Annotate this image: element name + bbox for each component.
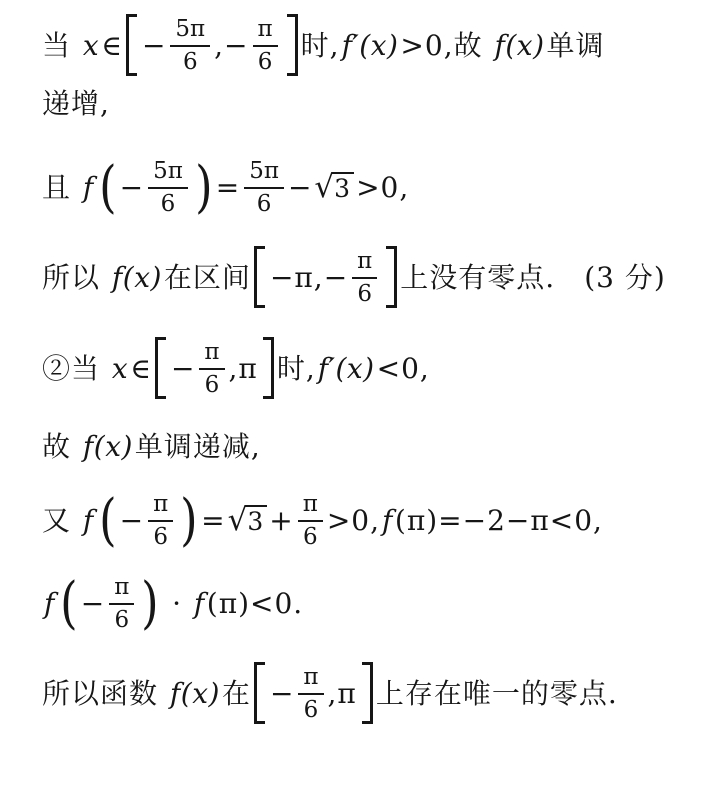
line-decreasing: 故 f(x)单调递减, xyxy=(42,429,717,464)
right-bracket-icon xyxy=(287,14,298,76)
text-run: 故 xyxy=(42,429,81,464)
math-variable: x xyxy=(81,28,101,63)
text-run: · xyxy=(162,586,192,621)
line-value-at-minus-5pi-6: 且 f(−5π6)=5π6−√3>0, xyxy=(42,159,717,216)
left-bracket-icon xyxy=(254,662,265,724)
text-run: ,π xyxy=(229,351,258,386)
text-run: >0, xyxy=(356,170,409,205)
math-variable: f(x) xyxy=(81,429,135,464)
right-paren-icon: ) xyxy=(141,577,160,630)
fraction-denominator: 6 xyxy=(205,370,220,397)
text-run: − xyxy=(120,170,144,205)
math-variable: f(x) xyxy=(110,260,164,295)
fraction-denominator: 6 xyxy=(303,522,318,549)
text-run: ∈ xyxy=(130,351,152,386)
text-run: ,π xyxy=(328,676,357,711)
fraction-denominator: 6 xyxy=(257,189,272,216)
math-fraction: 5π6 xyxy=(244,159,284,216)
text-run: − xyxy=(270,676,294,711)
text-run: 所以函数 xyxy=(42,676,168,711)
fraction-denominator: 6 xyxy=(161,189,176,216)
math-variable: x xyxy=(110,351,130,386)
right-bracket-icon xyxy=(362,662,373,724)
fraction-denominator: 6 xyxy=(357,279,372,306)
right-bracket-icon xyxy=(386,246,397,308)
text-run: − xyxy=(81,586,105,621)
math-variable: f′(x) xyxy=(316,351,377,386)
fraction-denominator: 6 xyxy=(304,695,319,722)
line-endpoint-values: 又 f(−π6)=√3+π6>0,f(π)=−2−π<0, xyxy=(42,492,717,549)
math-variable: f′(x) xyxy=(340,28,401,63)
math-variable: f xyxy=(192,586,207,621)
line-unique-zero-conclusion: 所以函数 f(x)在−π6,π上存在唯一的零点. xyxy=(42,662,717,724)
fraction-numerator: 5π xyxy=(148,159,188,189)
text-run: 上存在唯一的零点. xyxy=(376,676,618,711)
math-fraction: π6 xyxy=(352,249,377,306)
text-run: 在区间 xyxy=(164,260,251,295)
text-run: ∈ xyxy=(101,28,123,63)
fraction-numerator: π xyxy=(109,575,134,605)
text-run: 时, xyxy=(301,28,340,63)
fraction-numerator: π xyxy=(148,492,173,522)
left-bracket-icon xyxy=(254,246,265,308)
line-case1-condition: 当 x∈−5π6,−π6时,f′(x)>0,故 f(x)单调 xyxy=(42,14,717,76)
text-run: 在 xyxy=(222,676,251,711)
math-variable: f xyxy=(81,503,96,538)
fraction-denominator: 6 xyxy=(114,605,129,632)
fraction-denominator: 6 xyxy=(153,522,168,549)
text-run: ,− xyxy=(214,28,248,63)
fraction-numerator: π xyxy=(199,340,224,370)
radicand: 3 xyxy=(332,172,354,204)
fraction-numerator: 5π xyxy=(244,159,284,189)
math-fraction: π6 xyxy=(298,665,323,722)
math-variable: f xyxy=(42,586,57,621)
math-content: 当 x∈−5π6,−π6时,f′(x)>0,故 f(x)单调递增,且 f(−5π… xyxy=(42,14,717,724)
math-variable: f xyxy=(380,503,395,538)
square-root: √3 xyxy=(228,505,268,537)
text-run: (π)=−2−π<0, xyxy=(395,503,603,538)
text-run: 单调 xyxy=(547,28,605,63)
text-run: = xyxy=(216,170,240,205)
math-fraction: π6 xyxy=(148,492,173,549)
text-run: 又 xyxy=(42,503,81,538)
left-paren-icon: ( xyxy=(98,494,117,547)
left-bracket-icon xyxy=(126,14,137,76)
text-run: = xyxy=(201,503,225,538)
left-paren-icon: ( xyxy=(59,577,78,630)
text-run: 且 xyxy=(42,170,81,205)
text-run: >0,故 xyxy=(400,28,492,63)
square-root: √3 xyxy=(314,172,354,204)
text-run: 时, xyxy=(277,351,316,386)
right-paren-icon: ) xyxy=(180,494,199,547)
line-increasing: 递增, xyxy=(42,86,717,121)
text-run: 所以 xyxy=(42,260,110,295)
math-fraction: π6 xyxy=(109,575,134,632)
right-bracket-icon xyxy=(263,337,274,399)
math-fraction: 5π6 xyxy=(170,17,210,74)
math-variable: f(x) xyxy=(493,28,547,63)
document-page: 当 x∈−5π6,−π6时,f′(x)>0,故 f(x)单调递增,且 f(−5π… xyxy=(0,0,727,788)
text-run: (π)<0. xyxy=(207,586,303,621)
text-run: − xyxy=(288,170,312,205)
left-paren-icon: ( xyxy=(98,161,117,214)
text-run: >0, xyxy=(327,503,380,538)
text-run: − xyxy=(171,351,195,386)
text-run: −π,− xyxy=(270,260,348,295)
right-paren-icon: ) xyxy=(194,161,213,214)
line-no-zero-conclusion: 所以 f(x)在区间−π,−π6上没有零点. (3 分) xyxy=(42,246,717,308)
radicand: 3 xyxy=(245,505,267,537)
text-run: ②当 xyxy=(42,351,110,386)
math-variable: f(x) xyxy=(168,676,222,711)
math-fraction: π6 xyxy=(199,340,224,397)
text-run: − xyxy=(142,28,166,63)
fraction-numerator: π xyxy=(298,492,323,522)
fraction-numerator: π xyxy=(352,249,377,279)
text-run: 单调递减, xyxy=(135,429,261,464)
math-fraction: π6 xyxy=(298,492,323,549)
fraction-numerator: 5π xyxy=(170,17,210,47)
line-product-negative: f(−π6) · f(π)<0. xyxy=(42,575,717,632)
fraction-numerator: π xyxy=(298,665,323,695)
text-run: <0, xyxy=(377,351,430,386)
math-fraction: 5π6 xyxy=(148,159,188,216)
fraction-denominator: 6 xyxy=(183,47,198,74)
fraction-denominator: 6 xyxy=(258,47,273,74)
math-fraction: π6 xyxy=(253,17,278,74)
line-case2-condition: ②当 x∈−π6,π时,f′(x)<0, xyxy=(42,337,717,399)
left-bracket-icon xyxy=(155,337,166,399)
text-run: 上没有零点. (3 分) xyxy=(400,260,665,295)
math-variable: f xyxy=(81,170,96,205)
fraction-numerator: π xyxy=(253,17,278,47)
text-run: 当 xyxy=(42,28,81,63)
text-run: − xyxy=(120,503,144,538)
text-run: + xyxy=(269,503,293,538)
text-run: 递增, xyxy=(42,86,110,121)
